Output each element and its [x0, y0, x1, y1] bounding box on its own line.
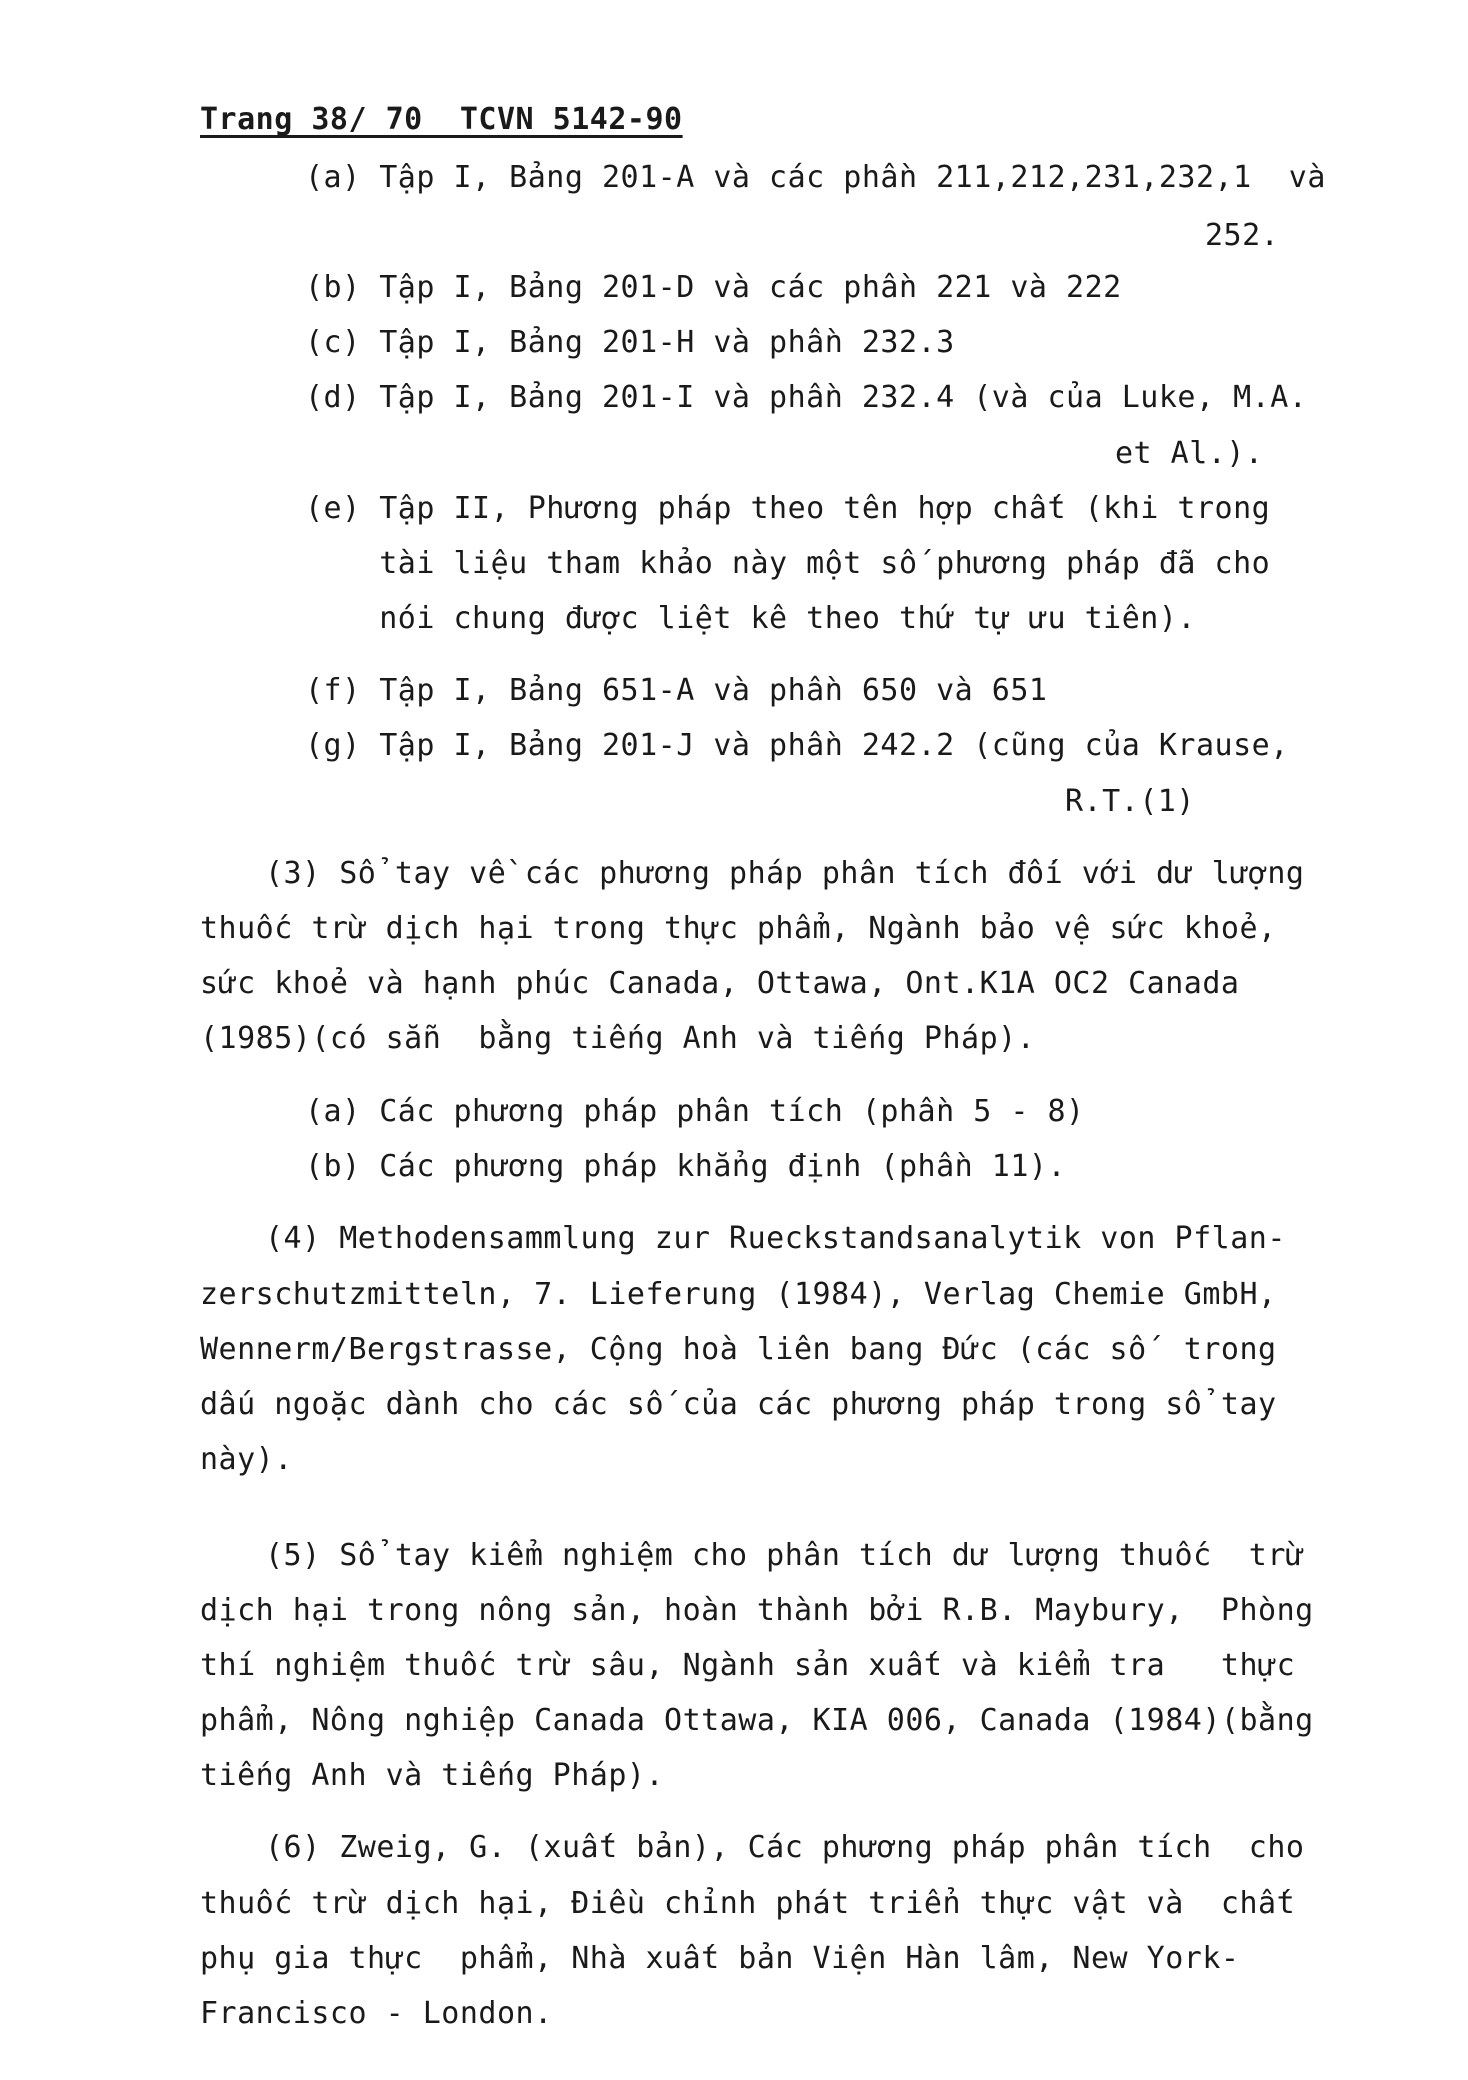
list-item-d-cont: et Al.). — [1115, 434, 1264, 474]
ref4-line: dấu ngoặc dành cho các số của các phương… — [200, 1385, 1277, 1425]
ref5-line: tiếng Anh và tiếng Pháp). — [200, 1756, 664, 1796]
list-item-b: (b) Tập I, Bảng 201-D và các phần 221 và… — [305, 268, 1122, 308]
ref5-line: phẩm, Nông nghiệp Canada Ottawa, KIA 006… — [200, 1701, 1314, 1741]
ref6-line: Francisco - London. — [200, 1994, 553, 2034]
list-item-c: (c) Tập I, Bảng 201-H và phần 232.3 — [305, 323, 955, 363]
ref3-sub-b: (b) Các phương pháp khẳng định (phần 11)… — [305, 1147, 1066, 1187]
list-item-f: (f) Tập I, Bảng 651-A và phần 650 và 651 — [305, 671, 1047, 711]
ref5-line: dịch hại trong nông sản, hoàn thành bởi … — [200, 1591, 1314, 1631]
list-item-e-cont2: nói chung được liệt kê theo thứ tự ưu ti… — [305, 599, 1196, 639]
list-item-e: (e) Tập II, Phương pháp theo tên hợp chấ… — [305, 489, 1270, 529]
list-item-e-cont1: tài liệu tham khảo này một số phương phá… — [305, 544, 1270, 584]
list-item-g-cont: R.T.(1) — [1065, 782, 1195, 822]
ref5-line: (5) Sổ tay kiểm nghiệm cho phân tích dư … — [265, 1536, 1304, 1576]
ref4-line: zerschutzmitteln, 7. Lieferung (1984), V… — [200, 1275, 1277, 1315]
ref4-line: Wennerm/Bergstrasse, Cộng hoà liên bang … — [200, 1330, 1277, 1370]
list-item-a: (a) Tập I, Bảng 201-A và các phần 211,21… — [305, 158, 1326, 198]
page-header: Trang 38/ 70 TCVN 5142-90 — [200, 100, 683, 140]
ref3-line: sức khoẻ và hạnh phúc Canada, Ottawa, On… — [200, 964, 1239, 1004]
ref6-line: phụ gia thực phẩm, Nhà xuất bản Viện Hàn… — [200, 1939, 1239, 1979]
list-item-a-cont: 252. — [1205, 216, 1279, 256]
ref4-line: (4) Methodensammlung zur Rueckstandsanal… — [265, 1219, 1286, 1259]
ref6-line: thuốc trừ dịch hại, Điều chỉnh phát triể… — [200, 1884, 1295, 1924]
list-item-d: (d) Tập I, Bảng 201-I và phần 232.4 (và … — [305, 378, 1307, 418]
ref5-line: thí nghiệm thuốc trừ sâu, Ngành sản xuất… — [200, 1646, 1295, 1686]
ref3-sub-a: (a) Các phương pháp phân tích (phần 5 - … — [305, 1092, 1085, 1132]
list-item-g: (g) Tập I, Bảng 201-J và phần 242.2 (cũn… — [305, 726, 1289, 766]
ref3-line: (1985)(có sẵn bằng tiếng Anh và tiếng Ph… — [200, 1019, 1035, 1059]
ref3-line: thuốc trừ dịch hại trong thực phẩm, Ngàn… — [200, 909, 1277, 949]
ref3-line: (3) Sổ tay về các phương pháp phân tích … — [265, 854, 1304, 894]
ref4-line: này). — [200, 1440, 293, 1480]
ref6-line: (6) Zweig, G. (xuất bản), Các phương phá… — [265, 1828, 1304, 1868]
